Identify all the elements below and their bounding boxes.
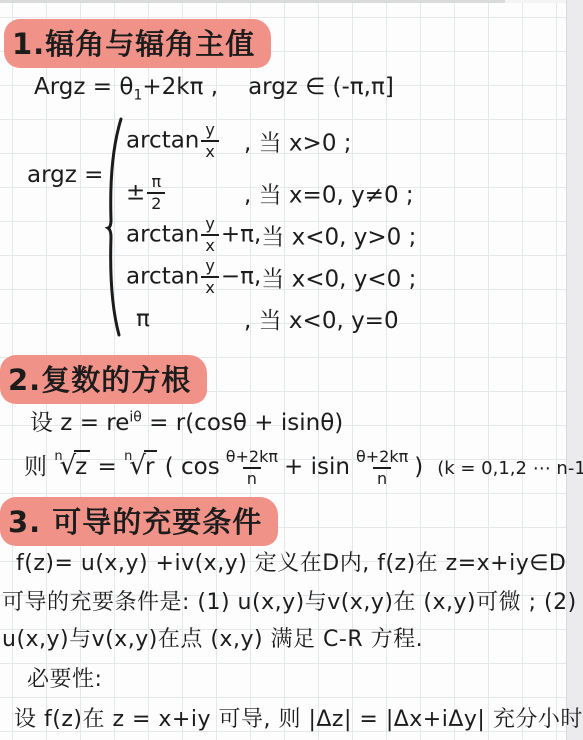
row2-condition: , 当 x=0, y≠0 ;: [244, 183, 414, 209]
piecewise-row-2: ±π2, 当 x=0, y≠0 ;: [126, 174, 414, 212]
row3-func: arctan: [126, 222, 199, 248]
section3-heading: 3. 可导的充要条件: [0, 497, 278, 546]
piecewise-label: argz =: [27, 162, 103, 188]
row1-condition: , 当 x>0 ;: [244, 131, 352, 157]
root-mid: + isin: [284, 454, 350, 480]
piecewise-row-5: π, 当 x<0, y=0: [126, 302, 399, 335]
arg-formula-part1: Argz = θ: [34, 74, 133, 100]
row5-pre: π: [126, 306, 244, 332]
k-range: (k = 0,1,2 ⋯ n-1): [437, 458, 583, 479]
piecewise-brace: [101, 116, 125, 338]
piecewise-row-1: arctanyx, 当 x>0 ;: [126, 122, 352, 160]
piecewise-row-4: arctanyx−π,当 x<0, y<0 ;: [126, 258, 416, 296]
highlight-pill-2: 2.复数的方根: [0, 355, 207, 404]
section2-heading-text: 2.复数的方根: [8, 363, 191, 397]
root-frac2: θ+2kπn: [352, 449, 412, 487]
root-frac1: θ+2kπn: [222, 449, 282, 487]
cond-line-2: 可导的充要条件是: (1) u(x,y)与v(x,y)在 (x,y)可微 ; (…: [2, 585, 577, 616]
arg-formula-part2: +2kπ ,: [142, 74, 218, 100]
necessity-label: 必要性:: [27, 662, 102, 693]
row1-fraction: yx: [201, 122, 218, 160]
arg-formula-part3: argz ∈ (-π,π]: [248, 74, 394, 100]
highlight-pill-1: 1.辐角与辐角主值: [4, 19, 271, 68]
paper-right-margin: [566, 0, 583, 740]
root-lead: 则: [24, 454, 47, 480]
row1-func: arctan: [126, 128, 199, 154]
piecewise-row-3: arctanyx+π,当 x<0, y>0 ;: [126, 216, 416, 254]
root-of-r: n√r: [124, 454, 157, 480]
row4-func: arctan: [126, 264, 199, 290]
section3-heading-text: 3. 可导的充要条件: [8, 505, 262, 539]
euler-part1: 设 z = re: [30, 410, 129, 436]
paper-top-edge: [0, 0, 505, 3]
row3-tail: +π,: [221, 222, 261, 248]
section1-heading: 1.辐角与辐角主值: [4, 19, 271, 68]
cond-line-5: 设 f(z)在 z = x+iy 可导, 则 |Δz| = |Δx+iΔy| 充…: [14, 702, 583, 733]
row3-fraction: yx: [201, 216, 218, 254]
nth-root-line: 则 n√z = n√r ( cosθ+2kπn+ isinθ+2kπn)(k =…: [24, 448, 583, 487]
section1-heading-text: 1.辐角与辐角主值: [12, 27, 255, 61]
root-eq: =: [98, 454, 117, 480]
row2-fraction: π2: [147, 174, 165, 212]
root-close: ): [414, 454, 423, 480]
euler-part2: = r(cosθ + isinθ): [142, 410, 343, 436]
cond-line-1: f(z)= u(x,y) +iv(x,y) 定义在D内, f(z)在 z=x+i…: [16, 546, 566, 577]
cond-line-3: u(x,y)与v(x,y)在点 (x,y) 满足 C-R 方程.: [2, 622, 423, 653]
row3-condition: 当 x<0, y>0 ;: [261, 225, 416, 251]
row4-fraction: yx: [201, 258, 218, 296]
row2-pre: ±: [126, 180, 145, 206]
euler-form-line: 设 z = reiθ = r(cosθ + isinθ): [30, 404, 343, 437]
arg-formula: Argz = θ1+2kπ ,argz ∈ (-π,π]: [34, 74, 394, 104]
euler-exponent: iθ: [129, 409, 141, 425]
row4-tail: −π,: [221, 264, 261, 290]
highlight-pill-3: 3. 可导的充要条件: [0, 497, 278, 546]
notebook-photo: 1.辐角与辐角主值 Argz = θ1+2kπ ,argz ∈ (-π,π] a…: [0, 0, 583, 740]
row5-condition: , 当 x<0, y=0: [244, 308, 399, 334]
root-of-z: n√z: [54, 454, 90, 480]
row4-condition: 当 x<0, y<0 ;: [261, 267, 416, 293]
root-open: ( cos: [165, 454, 220, 480]
section2-heading: 2.复数的方根: [0, 355, 207, 404]
